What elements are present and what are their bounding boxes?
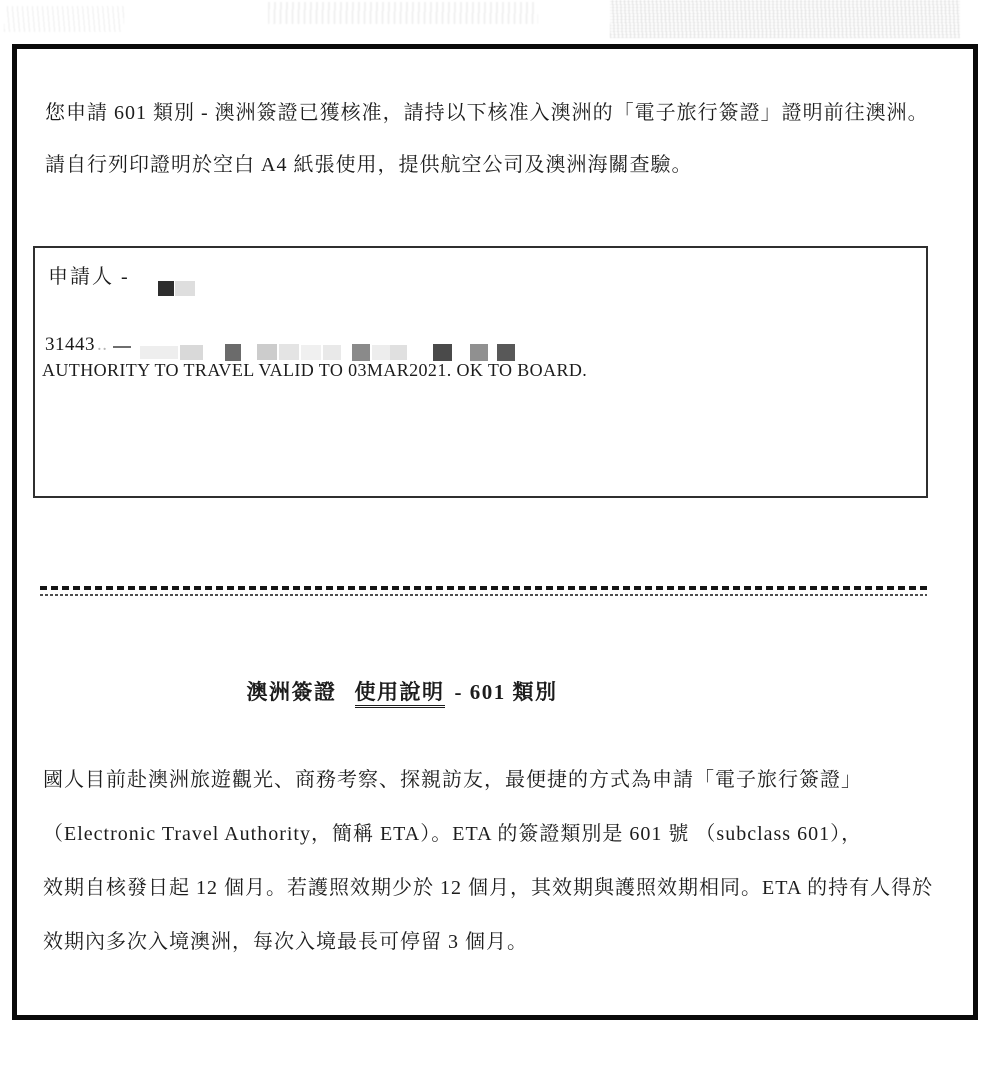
- redaction-block: [470, 344, 488, 361]
- reference-number: 31443: [45, 334, 95, 355]
- reference-redaction-mosaic: [140, 343, 515, 361]
- separator-dashed-line-top: [40, 586, 927, 590]
- redaction-block: [323, 345, 341, 360]
- approval-intro-line-2: 請自行列印證明於空白 A4 紙張使用，提供航空公司及澳洲海關查驗。: [45, 139, 969, 191]
- instructions-body-line-2: （Electronic Travel Authority，簡稱 ETA）。ETA…: [43, 807, 973, 861]
- scan-noise-top-center: [268, 2, 538, 24]
- redaction-block: [180, 345, 203, 360]
- instructions-title-subclass: - 601 類別: [455, 680, 558, 704]
- document-border-frame: 您申請 601 類別 - 澳洲簽證已獲核准，請持以下核准入澳洲的「電子旅行簽證」…: [12, 44, 978, 1020]
- instructions-body-line-1: 國人目前赴澳洲旅遊觀光、商務考察、探親訪友，最便捷的方式為申請「電子旅行簽證」: [43, 753, 973, 807]
- redaction-block: [279, 344, 299, 360]
- instructions-title-visa: 澳洲簽證: [247, 680, 337, 704]
- reference-dash-mark: [113, 346, 131, 348]
- redaction-block: [390, 345, 407, 360]
- instructions-title: 澳洲簽證使用說明- 601 類別: [17, 676, 787, 706]
- scan-noise-top-right: [610, 0, 960, 38]
- scan-noise-top-left: [4, 6, 124, 32]
- separator-dashed-line-bottom: [40, 594, 927, 596]
- redaction-block: [225, 344, 241, 361]
- redaction-block: [497, 344, 515, 361]
- instructions-title-usage-underlined: 使用說明: [355, 680, 445, 708]
- instructions-body-line-3: 效期自核發日起 12 個月。若護照效期少於 12 個月，其效期與護照效期相同。E…: [43, 861, 973, 915]
- redaction-block: [352, 344, 370, 361]
- dashed-separator: [40, 586, 927, 596]
- eta-certificate-box: 申請人 - 31443.. AUTHORITY TO TRAVEL VALID …: [33, 246, 928, 498]
- redaction-block: [301, 345, 321, 360]
- scanned-document-page: 您申請 601 類別 - 澳洲簽證已獲核准，請持以下核准入澳洲的「電子旅行簽證」…: [0, 0, 992, 1065]
- redaction-block: [175, 281, 195, 296]
- redaction-block: [140, 346, 178, 359]
- approval-intro-line-1: 您申請 601 類別 - 澳洲簽證已獲核准，請持以下核准入澳洲的「電子旅行簽證」…: [45, 87, 969, 139]
- redaction-block: [257, 344, 277, 360]
- reference-faded-digits: ..: [97, 334, 108, 355]
- instructions-body-line-4: 效期內多次入境澳洲，每次入境最長可停留 3 個月。: [43, 915, 973, 969]
- reference-number-row: 31443..: [45, 334, 131, 356]
- applicant-name-redaction: [158, 281, 195, 296]
- applicant-label: 申請人 -: [48, 260, 130, 289]
- redaction-block: [433, 344, 452, 361]
- redaction-block: [158, 281, 174, 296]
- redaction-block: [372, 345, 390, 360]
- authority-to-travel-line: AUTHORITY TO TRAVEL VALID TO 03MAR2021. …: [42, 360, 587, 381]
- instructions-body-paragraph: 國人目前赴澳洲旅遊觀光、商務考察、探親訪友，最便捷的方式為申請「電子旅行簽證」 …: [43, 753, 973, 969]
- approval-intro-paragraph: 您申請 601 類別 - 澳洲簽證已獲核准，請持以下核准入澳洲的「電子旅行簽證」…: [45, 87, 969, 191]
